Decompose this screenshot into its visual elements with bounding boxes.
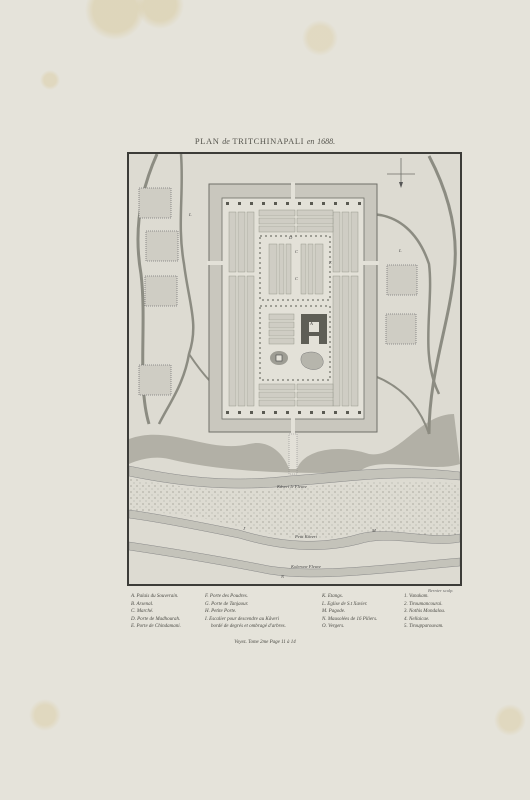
legend-item: N. Mausolées de 16 Piliers. xyxy=(322,616,377,624)
legend-item: B. Arsenal. xyxy=(131,601,181,609)
legend-item: M. Pagode. xyxy=(322,608,377,616)
legend-item: 3. Nothis Mondalou. xyxy=(404,608,445,616)
legend-item: F. Porte des Poudres. xyxy=(205,593,286,601)
legend-item: bordé de degrés et ombragé d'arbres. xyxy=(205,623,286,631)
legend-item: E. Porte de Chindamani. xyxy=(131,623,181,631)
map-plan xyxy=(129,154,460,584)
legend-item: I. Escalier pour descendre au Kâveri xyxy=(205,616,286,624)
label-kaveri-river: Kâveri le Fleuve xyxy=(277,484,307,489)
label-gate-d: D xyxy=(289,235,292,240)
label-church-right: L xyxy=(399,248,402,253)
legend-column-3: K. Etangs. L. Eglise de S.t Xavier. M. P… xyxy=(322,593,377,631)
label-market-1: C xyxy=(295,249,298,254)
legend-item: G. Porte de Tanjaour. xyxy=(205,601,286,609)
map-frame: L L A C C D E Kâveri le Fleuve Petit Kâv… xyxy=(127,152,462,586)
legend-item: 5. Tiroupparouvam. xyxy=(404,623,445,631)
label-petit-kaveri: Petit Kâveri xyxy=(295,534,317,539)
label-gate-e: E xyxy=(329,260,332,265)
legend-column-2: F. Porte des Poudres. G. Porte de Tanjao… xyxy=(205,593,286,631)
legend-column-1: A. Palais du Souverain. B. Arsenal. C. M… xyxy=(131,593,181,631)
legend-item: K. Etangs. xyxy=(322,593,377,601)
label-stair-j: J xyxy=(243,526,245,531)
label-church-left: L xyxy=(189,212,192,217)
plate-title: PLAN de TRITCHINAPALI en 1688. xyxy=(0,136,530,146)
legend-item: A. Palais du Souverain. xyxy=(131,593,181,601)
page-reference: Voyez. Tome 2me Page 11 à 14 xyxy=(0,640,530,645)
legend-item: 2. Tiroumancourai. xyxy=(404,601,445,609)
legend-item: O. Vergers. xyxy=(322,623,377,631)
legend-item: 1. Vanakam. xyxy=(404,593,445,601)
legend-item: L. Eglise de S.t Xavier. xyxy=(322,601,377,609)
legend-column-4: 1. Vanakam. 2. Tiroumancourai. 3. Nothis… xyxy=(404,593,445,631)
legend-item: C. Marché. xyxy=(131,608,181,616)
label-kolerone-river: Kolerone Fleuve xyxy=(291,564,321,569)
legend-item: D. Porte de Madhourah. xyxy=(131,616,181,624)
legend-item: H. Petite Porte. xyxy=(205,608,286,616)
label-mausoleum-n: N xyxy=(281,574,284,579)
label-market-2: C xyxy=(295,276,298,281)
label-palace: A xyxy=(310,321,313,326)
legend-item: 4. Nellaicae. xyxy=(404,616,445,624)
label-pagoda-m: M xyxy=(372,528,376,533)
